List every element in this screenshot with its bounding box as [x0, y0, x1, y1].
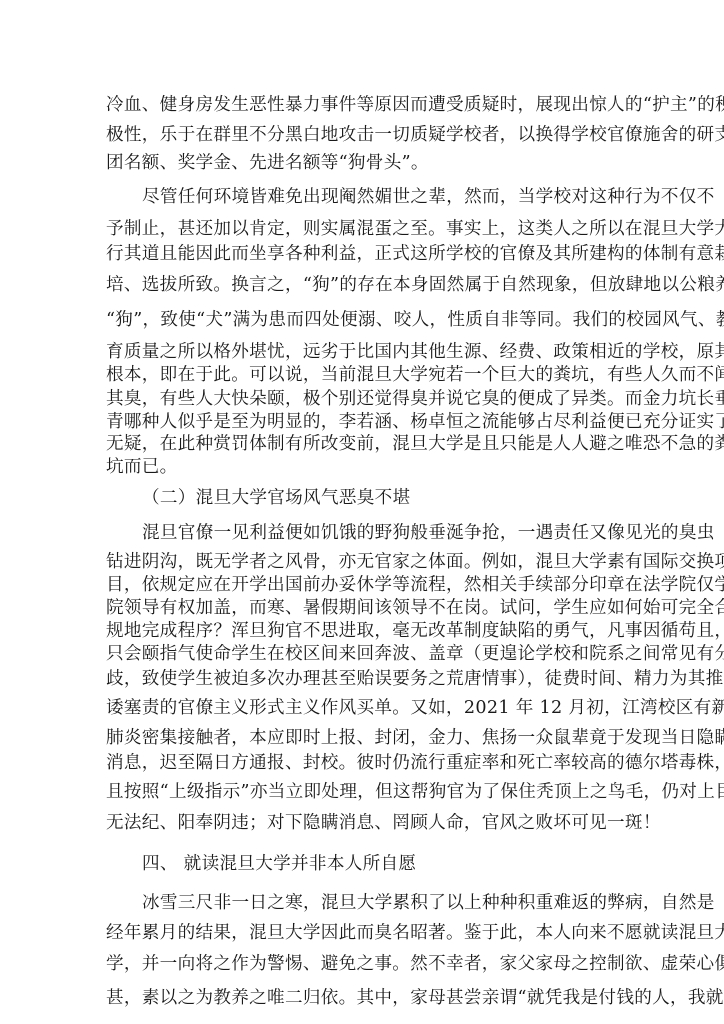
text-line: 冷血、健身房发生恶性暴力事件等原因而遭受质疑时，展现出惊人的“护主”的积 [106, 94, 618, 116]
text-line: 青哪种人似乎是至为明显的，李若涵、杨卓恒之流能够占尽利益便已充分证实了。 [106, 411, 618, 433]
text-line: 其臭，有些人大快朵颐，极个别还觉得臭并说它臭的便成了异类。而金力坑长垂 [106, 388, 618, 410]
text-line: 无法纪、阳奉阴违；对下隐瞒消息、罔顾人命，官风之败坏可见一斑！ [106, 812, 618, 834]
text-line-indented: 冰雪三尺非一日之寒，混旦大学累积了以上种种积重难返的弊病，自然是 [142, 892, 618, 914]
text-line: 行其道且能因此而坐享各种利益，正式这所学校的官僚及其所建构的体制有意栽 [106, 243, 618, 265]
text-line: 育质量之所以格外堪忧，远劣于比国内其他生源、经费、政策相近的学校，原其 [106, 341, 618, 363]
text-line: 歧，致使学生被迫多次办理甚至贻误要务之荒唐情事），徒费时间、精力为其推 [106, 668, 618, 690]
text-line: 消息，迟至隔日方通报、封校。彼时仍流行重症率和死亡率较高的德尔塔毒株， [106, 752, 618, 774]
text-line: 学，并一向将之作为警惕、避免之事。然不幸者，家父家母之控制欲、虚荣心俱 [106, 953, 618, 975]
text-line-indented: 混旦官僚一见利益便如饥饿的野狗般垂涎争抢，一遇责任又像见光的臭虫 [142, 522, 618, 544]
text-line: 团名额、奖学金、先进名额等“狗骨头”。 [106, 152, 618, 174]
section-heading: （二）混旦大学官场风气恶臭不堪 [142, 487, 654, 509]
section-heading: 四、 就读混旦大学并非本人所自愿 [142, 853, 654, 875]
text-line: 经年累月的结果，混旦大学因此而臭名昭著。鉴于此，本人向来不愿就读混旦大 [106, 922, 618, 944]
text-line: 予制止，甚还加以肯定，则实属混蛋之至。事实上，这类人之所以在混旦大学大 [106, 218, 618, 240]
text-line: 肺炎密集接触者，本应即时上报、封闭，金力、焦扬一众鼠辈竟于发现当日隐瞒 [106, 727, 618, 749]
text-line: 且按照“上级指示”亦当立即处理，但这帮狗官为了保住秃顶上之鸟毛，仍对上目 [106, 781, 618, 803]
text-line: 无疑，在此种赏罚体制有所改变前，混旦大学是且只能是人人避之唯恐不急的粪 [106, 433, 618, 455]
text-line: “狗”，致使“犬”满为患而四处便溺、咬人，性质自非等同。我们的校园风气、教 [106, 309, 618, 331]
document-page: 冷血、健身房发生恶性暴力事件等原因而遭受质疑时，展现出惊人的“护主”的积 极性，… [0, 0, 724, 1024]
text-line: 根本，即在于此。可以说，当前混旦大学宛若一个巨大的粪坑，有些人久而不闻 [106, 364, 618, 386]
text-line: 钻进阴沟，既无学者之风骨，亦无官家之体面。例如，混旦大学素有国际交换项 [106, 551, 618, 573]
text-line: 培、选拔所致。换言之，“狗”的存在本身固然属于自然现象，但放肆地以公粮养 [106, 274, 618, 296]
text-line: 坑而已。 [106, 456, 618, 478]
text-line: 诿塞责的官僚主义形式主义作风买单。又如，2021 年 12 月初，江湾校区有新冠 [106, 697, 618, 719]
text-line: 甚，素以之为教养之唯二归依。其中，家母甚尝亲谓“就凭我是付钱的人，我就 [106, 987, 618, 1009]
text-line: 规地完成程序？浑旦狗官不思进取，毫无改革制度缺陷的勇气，凡事因循苟且， [106, 620, 618, 642]
text-line-indented: 尽管任何环境皆难免出现阉然媚世之辈，然而，当学校对这种行为不仅不 [142, 186, 618, 208]
text-line: 只会颐指气使命学生在校区间来回奔波、盖章（更遑论学校和院系之间常见有分 [106, 643, 618, 665]
text-line: 院领导有权加盖，而寒、暑假期间该领导不在岗。试问，学生应如何始可完全合 [106, 597, 618, 619]
text-line: 极性，乐于在群里不分黑白地攻击一切质疑学校者，以换得学校官僚施舍的研支 [106, 124, 618, 146]
text-line: 目，依规定应在开学出国前办妥休学等流程，然相关手续部分印章在法学院仅学 [106, 574, 618, 596]
